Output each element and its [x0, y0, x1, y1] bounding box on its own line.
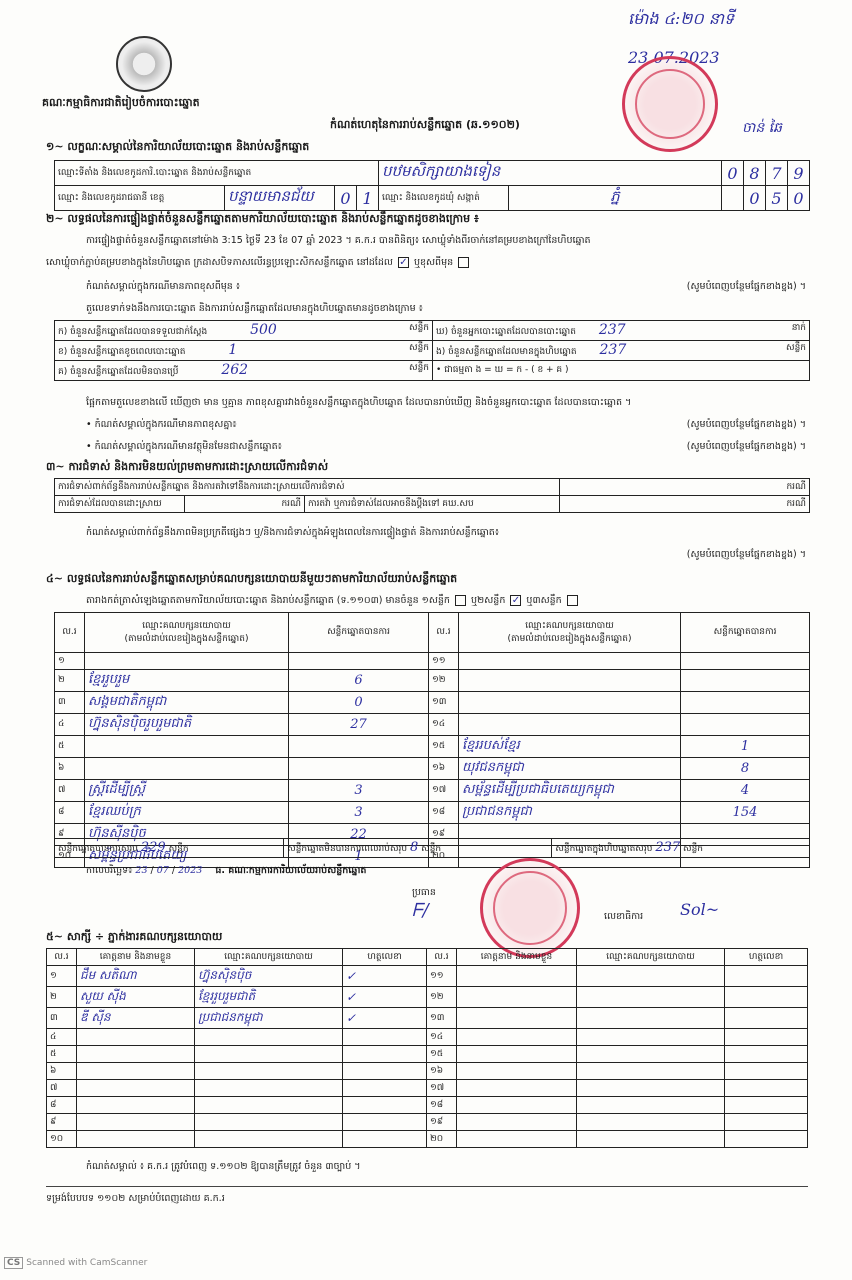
handwritten-signature: ចាន់ ឆៃ — [742, 118, 782, 139]
section-3-title: ៣~ ការជំទាស់ និងការមិនយល់ព្រមតាមការដោះស្… — [46, 460, 328, 476]
tally-text: តារាងកត់ត្រាសំឡេងឆ្នោតតាមការិយាល័យបោះឆ្ន… — [86, 595, 450, 606]
formula: • ជាធម្មតា ង = ឃ = ក - ( ខ + គ ) — [433, 361, 810, 381]
witness-name — [457, 1046, 577, 1063]
cases-label: ករណី — [185, 496, 305, 513]
witness-name — [77, 1029, 195, 1046]
witness-table: ល.រ គោត្តនាម និងនាមខ្លួន ឈ្មោះគណបក្សនយោប… — [46, 948, 808, 1148]
witness-name — [77, 1114, 195, 1131]
ballot-row-value: 1 — [228, 342, 237, 358]
unit: សន្លឹក — [409, 342, 429, 355]
witness-name: ឌី សុីន — [77, 1008, 195, 1029]
col-no: ល.រ — [429, 613, 459, 653]
row-no: ១ — [55, 653, 85, 670]
ballot-row-label: ខ) ចំនួនសន្លឹកឆ្នោតខូចពេលបោះឆ្នោត — [58, 347, 185, 357]
appeal-label: ការតវ៉ា ឬការជំទាស់ដែលអាចនឹងប្តឹងទៅ គឃ.សប — [305, 496, 560, 513]
form-title: កំណត់ហេតុនៃការរាប់សន្លឹកឆ្នោត (ឆ.១១០២) — [330, 118, 520, 134]
station-name-value: បឋមសិក្សាយាងទៀន — [379, 161, 722, 186]
party-name: ខ្មែររបស់ខ្មែរ — [459, 736, 681, 758]
row-no: ៣ — [55, 692, 85, 714]
row-no: ១៦ — [427, 1063, 457, 1080]
row-no: ១៦ — [429, 758, 459, 780]
col-votes: សន្លឹកឆ្នោតបានការ — [681, 613, 810, 653]
vote-count: 27 — [289, 714, 429, 736]
station-name-label: ឈ្មោះទីតាំង និងលេខកូដការិ.បោះឆ្នោត និងរា… — [55, 161, 379, 186]
col-no: ល.រ — [427, 949, 457, 966]
witness-signature — [725, 1080, 808, 1097]
note-diff-line: កំណត់សម្គាល់ក្នុងករណីមានភាពខុសពីមុន ៖ (ស… — [86, 280, 806, 294]
note-invalid-line: • កំណត់សម្គាល់ក្នុងករណីមានវត្ថុមិនមែនជាស… — [86, 440, 806, 454]
party-name: យុវជនកម្ពុជា — [459, 758, 681, 780]
fill-more-label: (សូមបំពេញបន្ថែមផ្នែកខាងខ្នង) ។ — [687, 418, 806, 432]
party-name: ខ្មែររួបរួម — [85, 670, 289, 692]
witness-party — [577, 1131, 725, 1148]
witness-signature — [725, 966, 808, 987]
party-row: ៦១៦យុវជនកម្ពុជា8 — [55, 758, 810, 780]
witness-row: ៣ឌី សុីនប្រជាជនកម្ពុជា✓១៣ — [47, 1008, 808, 1029]
party-name: ខ្មែរឈប់ក្រ — [85, 802, 289, 824]
province-value: បន្ទាយមានជ័យ — [225, 186, 335, 211]
three-sheet-checkbox[interactable] — [567, 595, 578, 606]
vote-count — [681, 692, 810, 714]
witness-name: សួយ សុីង — [77, 987, 195, 1008]
witness-name: ជឹម សតិណា — [77, 966, 195, 987]
witness-signature — [343, 1097, 427, 1114]
row-no: ១២ — [429, 670, 459, 692]
cases-label: ករណី — [560, 479, 810, 496]
witness-name — [77, 1046, 195, 1063]
witness-name — [457, 1114, 577, 1131]
witness-signature — [725, 1063, 808, 1080]
station-code-digit: 9 — [788, 161, 810, 186]
row-no: ១៩ — [427, 1114, 457, 1131]
row-no: ១ — [47, 966, 77, 987]
witness-row: ៥១៥ — [47, 1046, 808, 1063]
witness-row: ១០២០ — [47, 1131, 808, 1148]
date-year: 2023 — [178, 865, 202, 876]
section-2-title: ២~ លទ្ធផលនៃការផ្ទៀងផ្ទាត់ចំនួនសន្លឹកឆ្នោ… — [46, 212, 479, 228]
vote-count: 4 — [681, 780, 810, 802]
row-no: ៤ — [55, 714, 85, 736]
date-line: កាលបរិច្ឆេទ៖ 23 / 07 / 2023 ធ. គណៈកម្មកា… — [86, 864, 366, 878]
row-no: ១៣ — [429, 692, 459, 714]
tally-line: តារាងកត់ត្រាសំឡេងឆ្នោតតាមការិយាល័យបោះឆ្ន… — [86, 594, 580, 608]
witness-signature — [343, 1114, 427, 1131]
row-no: ៥ — [47, 1046, 77, 1063]
seal-text: សោឃ្លុំចាក់ភ្ជាប់គម្របខាងក្នុងនៃហិបឆ្នោត… — [46, 257, 393, 268]
col-sign: ហត្ថលេខា — [725, 949, 808, 966]
station-code-digit: 0 — [722, 161, 744, 186]
commune-label: ឈ្មោះ និងលេខកូដឃុំ សង្កាត់ — [379, 186, 509, 211]
party-row: ៣សង្គមជាតិកម្ពុជា0១៣ — [55, 692, 810, 714]
vote-count: 8 — [681, 758, 810, 780]
unit: សន្លឹក — [169, 844, 189, 854]
witness-name — [457, 1063, 577, 1080]
handwritten-time: ម៉ោង ៤:២០ នាទី — [628, 8, 734, 32]
row-no: ៨ — [47, 1097, 77, 1114]
vote-count: 154 — [681, 802, 810, 824]
unit: សន្លឹក — [421, 844, 441, 854]
vote-count: 3 — [289, 802, 429, 824]
witness-party: ប្រជាជនកម្ពុជា — [195, 1008, 343, 1029]
row-no: ១៤ — [427, 1029, 457, 1046]
commune-code-digit: 0 — [788, 186, 810, 211]
party-row: ៨ខ្មែរឈប់ក្រ3១៨ប្រជាជនកម្ពុជា154 — [55, 802, 810, 824]
witness-row: ៨១៨ — [47, 1097, 808, 1114]
witness-party — [195, 1046, 343, 1063]
party-results-table: ល.រ ឈ្មោះគណបក្សនយោបាយ(តាមលំដាប់លេខរៀងក្ន… — [54, 612, 810, 868]
col-no: ល.រ — [47, 949, 77, 966]
row-no: ៨ — [55, 802, 85, 824]
vote-count — [681, 670, 810, 692]
party-name: សង្គមជាតិកម្ពុជា — [85, 692, 289, 714]
witness-name — [457, 966, 577, 987]
witness-signature: ✓ — [343, 966, 427, 987]
station-code-digit: 7 — [766, 161, 788, 186]
ballot-row-value: 237 — [599, 322, 626, 338]
chair-signature: ᖴ/ — [412, 900, 429, 921]
row-no: ២០ — [427, 1131, 457, 1148]
discrepancy-line: ផ្អែកតាមតួលេខខាងលើ ឃើញថា មាន ឬគ្មាន ភាពខ… — [86, 396, 806, 410]
section-5-title: ៥~ សាក្សី ÷ ភ្នាក់ងារគណបក្សនយោបាយ — [46, 930, 222, 946]
party-name: ហ្វ៊ុនស៊ិនប៉ិចរួបរួមជាតិ — [85, 714, 289, 736]
witness-signature — [343, 1080, 427, 1097]
vote-count — [289, 758, 429, 780]
witness-name — [77, 1097, 195, 1114]
row-no: ១៧ — [427, 1080, 457, 1097]
witness-party — [195, 1063, 343, 1080]
witness-row: ១ជឹម សតិណាហ្វ៊ុនស៊ិនប៉ិច✓១១ — [47, 966, 808, 987]
row-no: ២ — [55, 670, 85, 692]
ballot-row-value: 262 — [221, 362, 248, 378]
total-box-value: 237 — [655, 840, 680, 855]
total-invalid-label: សន្លឹកឆ្នោតមិនបានការពេលរាប់សរុប — [287, 844, 407, 854]
party-name — [85, 736, 289, 758]
row-no: ១៧ — [429, 780, 459, 802]
witness-signature — [343, 1131, 427, 1148]
row-no: ១២ — [427, 987, 457, 1008]
section-4-title: ៤~ លទ្ធផលនៃការរាប់សន្លឹកឆ្នោតសម្រាប់គណបក… — [46, 572, 457, 588]
vote-count — [681, 653, 810, 670]
fill-more-label: (សូមបំពេញបន្ថែមផ្នែកខាងខ្នង) ។ — [687, 280, 806, 294]
section-1-title: ១~ លក្ខណៈសម្គាល់នៃការិយាល័យបោះឆ្នោត និងរ… — [46, 140, 309, 156]
row-no: ១៨ — [429, 802, 459, 824]
row-no: ៦ — [55, 758, 85, 780]
row-no: ១១ — [429, 653, 459, 670]
ballot-numbers-table: ក) ចំនួនសន្លឹកឆ្នោតដែលបានទទួលជាក់ស្តែង 5… — [54, 320, 810, 381]
official-stamp — [622, 56, 718, 152]
row-no: ៥ — [55, 736, 85, 758]
intact-checkbox[interactable]: ✓ — [398, 257, 409, 268]
note-diff-label: កំណត់សម្គាល់ក្នុងករណីមានភាពខុសពីមុន ៖ — [86, 281, 240, 292]
witness-name — [77, 1063, 195, 1080]
col-votes: សន្លឹកឆ្នោតបានការ — [289, 613, 429, 653]
witness-name — [457, 1008, 577, 1029]
vote-count — [681, 714, 810, 736]
ballot-row-label: ក) ចំនួនសន្លឹកឆ្នោតដែលបានទទួលជាក់ស្តែង — [58, 327, 207, 337]
camscanner-icon: CS — [4, 1257, 23, 1269]
row-no: ៩ — [47, 1114, 77, 1131]
witness-party — [195, 1080, 343, 1097]
witness-signature: ✓ — [343, 987, 427, 1008]
committee-label: ធ. គណៈកម្មការការិយាល័យរាប់សន្លឹកឆ្នោត — [215, 865, 366, 876]
vote-count: 3 — [289, 780, 429, 802]
province-label: ឈ្មោះ និងលេខកូដរាជធានី ខេត្ត — [55, 186, 225, 211]
cases-label: ករណី — [560, 496, 810, 513]
witness-name — [457, 1029, 577, 1046]
changed-checkbox[interactable] — [458, 257, 469, 268]
three-sheet-label: ឬ៣សន្លឹក — [526, 595, 561, 606]
witness-row: ៩១៩ — [47, 1114, 808, 1131]
section-3-note: កំណត់សម្គាល់ពាក់ព័ន្ធនឹងភាពមិនប្រក្រតីផ្… — [86, 526, 499, 540]
note-mismatch-line: • កំណត់សម្គាល់ក្នុងករណីមានភាពខុសគ្នា៖ (ស… — [86, 418, 806, 432]
scanner-text: Scanned with CamScanner — [26, 1258, 147, 1268]
total-invalid-value: 8 — [410, 840, 418, 855]
row-no: ១៤ — [429, 714, 459, 736]
changed-label: ឬខុសពីមុន — [414, 257, 453, 268]
vote-count — [289, 653, 429, 670]
witness-signature — [343, 1029, 427, 1046]
complaints-row-label: ការជំទាស់ពាក់ព័ន្ធនឹងការរាប់សន្លឹកឆ្នោត … — [55, 479, 560, 496]
witness-party — [195, 1131, 343, 1148]
party-row: ៤ហ្វ៊ុនស៊ិនប៉ិចរួបរួមជាតិ27១៤ — [55, 714, 810, 736]
resolved-label: ការជំទាស់ដែលបានដោះស្រាយ — [55, 496, 185, 513]
party-name: សម្ព័ន្ធដើម្បីប្រជាធិបតេយ្យកម្ពុជា — [459, 780, 681, 802]
committee-stamp — [480, 858, 580, 958]
witness-signature — [725, 987, 808, 1008]
commune-code-digit: 5 — [766, 186, 788, 211]
seal-paragraph: សោឃ្លុំចាក់ភ្ជាប់គម្របខាងក្នុងនៃហិបឆ្នោត… — [46, 256, 471, 270]
unit: សន្លឹក — [409, 362, 429, 375]
scanner-watermark: CSScanned with CamScanner — [4, 1258, 147, 1268]
witness-name — [77, 1131, 195, 1148]
witness-name — [457, 987, 577, 1008]
row-no: ៧ — [55, 780, 85, 802]
ballot-row: ក) ចំនួនសន្លឹកឆ្នោតដែលបានទទួលជាក់ស្តែង 5… — [55, 321, 810, 341]
row-no: ៧ — [47, 1080, 77, 1097]
col-party: ឈ្មោះគណបក្សនយោបាយ — [577, 949, 725, 966]
vote-count — [289, 736, 429, 758]
witness-signature — [725, 1029, 808, 1046]
witness-name — [77, 1080, 195, 1097]
secretary-signature: Sol~ — [680, 900, 719, 919]
witness-signature — [343, 1063, 427, 1080]
complaints-table: ការជំទាស់ពាក់ព័ន្ធនឹងការរាប់សន្លឹកឆ្នោត … — [54, 478, 810, 513]
witness-party — [195, 1114, 343, 1131]
col-sign: ហត្ថលេខា — [343, 949, 427, 966]
unit: សន្លឹក — [683, 844, 703, 854]
party-name: ប្រជាជនកម្ពុជា — [459, 802, 681, 824]
fill-more-label: (សូមបំពេញបន្ថែមផ្នែកខាងខ្នង) ។ — [687, 548, 806, 562]
witness-party — [577, 1063, 725, 1080]
fill-more-label: (សូមបំពេញបន្ថែមផ្នែកខាងខ្នង) ។ — [687, 440, 806, 454]
province-code-digit: 0 — [335, 186, 357, 211]
unit: នាក់ — [792, 322, 806, 335]
witness-signature — [725, 1008, 808, 1029]
party-row: ១១១ — [55, 653, 810, 670]
col-party: ឈ្មោះគណបក្សនយោបាយ — [195, 949, 343, 966]
province-code-digit: 1 — [357, 186, 379, 211]
ballot-row-value: 237 — [600, 342, 627, 358]
witness-party — [577, 966, 725, 987]
witness-party — [577, 1114, 725, 1131]
note-invalid-label: • កំណត់សម្គាល់ក្នុងករណីមានវត្ថុមិនមែនជាស… — [86, 441, 282, 452]
row-no: ៣ — [47, 1008, 77, 1029]
witness-party: ខ្មែររួបរួមជាតិ — [195, 987, 343, 1008]
row-no: ១០ — [47, 1131, 77, 1148]
witness-row: ៦១៦ — [47, 1063, 808, 1080]
col-party: ឈ្មោះគណបក្សនយោបាយ — [142, 621, 231, 631]
col-name: គោត្តនាម និងនាមខ្លួន — [77, 949, 195, 966]
row-no: ១៣ — [427, 1008, 457, 1029]
party-row: ៥១៥ខ្មែររបស់ខ្មែរ1 — [55, 736, 810, 758]
totals-table: សន្លឹកឆ្នោតបានការសរុប 229 សន្លឹក សន្លឹកឆ… — [54, 838, 810, 858]
party-name — [85, 653, 289, 670]
witness-party — [195, 1029, 343, 1046]
witness-signature — [343, 1046, 427, 1063]
unit: សន្លឹក — [786, 342, 806, 355]
divider — [46, 1186, 808, 1187]
date-month: 07 — [157, 865, 169, 876]
row-no: ១១ — [427, 966, 457, 987]
vote-count: 0 — [289, 692, 429, 714]
party-name — [459, 692, 681, 714]
date-label: កាលបរិច្ឆេទ៖ — [86, 865, 132, 876]
witness-party — [577, 1008, 725, 1029]
ballot-row: ខ) ចំនួនសន្លឹកឆ្នោតខូចពេលបោះឆ្នោត 1សន្លឹ… — [55, 341, 810, 361]
note-mismatch-label: • កំណត់សម្គាល់ក្នុងករណីមានភាពខុសគ្នា៖ — [86, 419, 237, 430]
witness-party — [577, 1097, 725, 1114]
ballot-row: គ) ចំនួនសន្លឹកឆ្នោតដែលមិនបានប្រើ 262សន្ល… — [55, 361, 810, 381]
date-day: 23 — [135, 865, 147, 876]
party-name — [459, 714, 681, 736]
commune-code-digit: 0 — [744, 186, 766, 211]
chair-label: ប្រធាន — [412, 886, 436, 900]
one-sheet-checkbox[interactable] — [455, 595, 466, 606]
party-name — [459, 653, 681, 670]
row-no: ១៥ — [429, 736, 459, 758]
party-name — [85, 758, 289, 780]
col-name: គោត្តនាម និងនាមខ្លួន — [457, 949, 577, 966]
station-code-digit: 8 — [744, 161, 766, 186]
col-party: ឈ្មោះគណបក្សនយោបាយ — [525, 621, 614, 631]
nec-logo — [116, 36, 172, 92]
commune-value: ភ្នំ — [509, 186, 722, 211]
organization-name: គណៈកម្មាធិការជាតិរៀបចំការបោះឆ្នោត — [42, 96, 200, 112]
witness-party — [577, 987, 725, 1008]
witness-signature — [725, 1046, 808, 1063]
secretary-label: លេខាធិការ — [604, 910, 643, 924]
witness-party — [577, 1080, 725, 1097]
row-no: ១៥ — [427, 1046, 457, 1063]
witness-signature — [725, 1131, 808, 1148]
two-sheet-checkbox[interactable]: ✓ — [510, 595, 521, 606]
polling-station-table: ឈ្មោះទីតាំង និងលេខកូដការិ.បោះឆ្នោត និងរា… — [54, 160, 810, 211]
witness-row: ២សួយ សុីងខ្មែររួបរួមជាតិ✓១២ — [47, 987, 808, 1008]
party-row: ២ខ្មែររួបរួម6១២ — [55, 670, 810, 692]
witness-signature — [725, 1114, 808, 1131]
two-sheet-label: ឬ២សន្លឹក — [471, 595, 505, 606]
verification-paragraph: ការផ្ទៀងផ្ទាត់ចំនួនសន្លឹកឆ្នោតនៅម៉ោង 3:1… — [86, 234, 806, 248]
witness-party: ហ្វ៊ុនស៊ិនប៉ិច — [195, 966, 343, 987]
witness-row: ៤១៤ — [47, 1029, 808, 1046]
row-no: ២ — [47, 987, 77, 1008]
row-no: ៦ — [47, 1063, 77, 1080]
col-no: ល.រ — [55, 613, 85, 653]
row-no: ១៨ — [427, 1097, 457, 1114]
witness-party — [195, 1097, 343, 1114]
col-party-sub: (តាមលំដាប់លេខរៀងក្នុងសន្លឹកឆ្នោត) — [508, 634, 632, 644]
ballot-row-label: ង) ចំនួនសន្លឹកឆ្នោតដែលមានក្នុងហិបឆ្នោត — [436, 347, 577, 357]
witness-signature: ✓ — [343, 1008, 427, 1029]
col-party-sub: (តាមលំដាប់លេខរៀងក្នុងសន្លឹកឆ្នោត) — [125, 634, 249, 644]
party-name — [459, 670, 681, 692]
ballot-row-label: គ) ចំនួនសន្លឹកឆ្នោតដែលមិនបានប្រើ — [58, 367, 178, 377]
witness-name — [457, 1131, 577, 1148]
ballot-row-label: ឃ) ចំនួនអ្នកបោះឆ្នោតដែលបានបោះឆ្នោត — [436, 327, 576, 337]
witness-party — [577, 1029, 725, 1046]
party-name: ស្ត្រីដើម្បីស្ត្រី — [85, 780, 289, 802]
party-row: ៧ស្ត្រីដើម្បីស្ត្រី3១៧សម្ព័ន្ធដើម្បីប្រជ… — [55, 780, 810, 802]
numbers-intro: តួលេខទាក់ទងនឹងការបោះឆ្នោត និងការរាប់សន្ល… — [86, 302, 423, 316]
vote-count: 1 — [681, 736, 810, 758]
total-box-label: សន្លឹកឆ្នោតក្នុងហិបឆ្នោតសរុប — [555, 844, 652, 854]
section-5-note: កំណត់សម្គាល់ ៖ គ.ក.រ ត្រូវបំពេញ ទ.១១០២ ឱ… — [86, 1160, 361, 1174]
row-no: ៤ — [47, 1029, 77, 1046]
witness-party — [577, 1046, 725, 1063]
vote-count: 6 — [289, 670, 429, 692]
ballot-row-value: 500 — [250, 322, 277, 338]
witness-signature — [725, 1097, 808, 1114]
witness-row: ៧១៧ — [47, 1080, 808, 1097]
unit: សន្លឹក — [409, 322, 429, 335]
witness-name — [457, 1097, 577, 1114]
total-valid-value: 229 — [141, 840, 166, 855]
total-valid-label: សន្លឹកឆ្នោតបានការសរុប — [58, 844, 138, 854]
form-note: ទម្រង់បែបបទ ១១០២ សម្រាប់បំពេញដោយ គ.ក.រ — [46, 1192, 225, 1206]
witness-name — [457, 1080, 577, 1097]
